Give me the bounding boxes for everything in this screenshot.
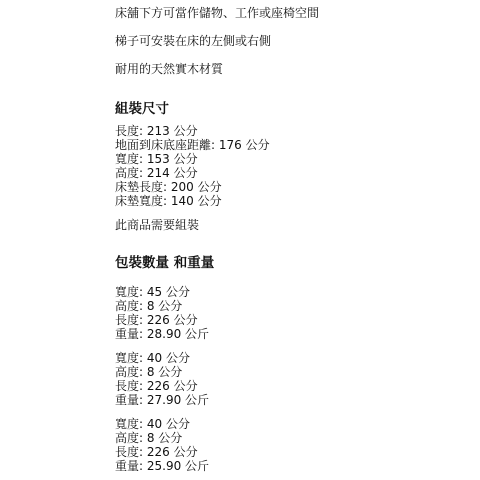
- dimension-line: 高度: 214 公分: [115, 166, 460, 180]
- dimension-line: 床墊長度: 200 公分: [115, 180, 460, 194]
- feature-text: 梯子可安裝在床的左側或右側: [115, 34, 460, 48]
- package-dimension-line: 長度: 226 公分: [115, 313, 460, 327]
- dimension-line: 寬度: 153 公分: [115, 152, 460, 166]
- assembled-size-list: 長度: 213 公分 地面到床底座距離: 176 公分 寬度: 153 公分 高…: [115, 124, 460, 208]
- feature-text: 床舖下方可當作儲物、工作或座椅空間: [115, 6, 460, 20]
- feature-text: 耐用的天然實木材質: [115, 62, 460, 76]
- package-dimension-line: 寬度: 40 公分: [115, 351, 460, 365]
- package-dimension-line: 高度: 8 公分: [115, 365, 460, 379]
- package-heading: 包裝數量 和重量: [115, 255, 460, 271]
- dimension-line: 床墊寬度: 140 公分: [115, 194, 460, 208]
- package-dimension-line: 高度: 8 公分: [115, 299, 460, 313]
- package-group: 寬度: 45 公分 高度: 8 公分 長度: 226 公分 重量: 28.90 …: [115, 285, 460, 341]
- package-dimension-line: 長度: 226 公分: [115, 445, 460, 459]
- assembly-note: 此商品需要組裝: [115, 218, 460, 232]
- package-dimension-line: 重量: 25.90 公斤: [115, 459, 460, 473]
- assembled-size-heading: 組裝尺寸: [115, 101, 460, 117]
- dimension-line: 長度: 213 公分: [115, 124, 460, 138]
- package-dimension-line: 寬度: 40 公分: [115, 417, 460, 431]
- package-group: 寬度: 40 公分 高度: 8 公分 長度: 226 公分 重量: 25.90 …: [115, 417, 460, 473]
- package-dimension-line: 高度: 8 公分: [115, 431, 460, 445]
- package-dimension-line: 重量: 27.90 公斤: [115, 393, 460, 407]
- dimension-line: 地面到床底座距離: 176 公分: [115, 138, 460, 152]
- package-dimension-line: 重量: 28.90 公斤: [115, 327, 460, 341]
- package-group: 寬度: 40 公分 高度: 8 公分 長度: 226 公分 重量: 27.90 …: [115, 351, 460, 407]
- package-dimension-line: 長度: 226 公分: [115, 379, 460, 393]
- package-dimension-line: 寬度: 45 公分: [115, 285, 460, 299]
- product-details-section: 床舖下方可當作儲物、工作或座椅空間 梯子可安裝在床的左側或右側 耐用的天然實木材…: [0, 0, 480, 480]
